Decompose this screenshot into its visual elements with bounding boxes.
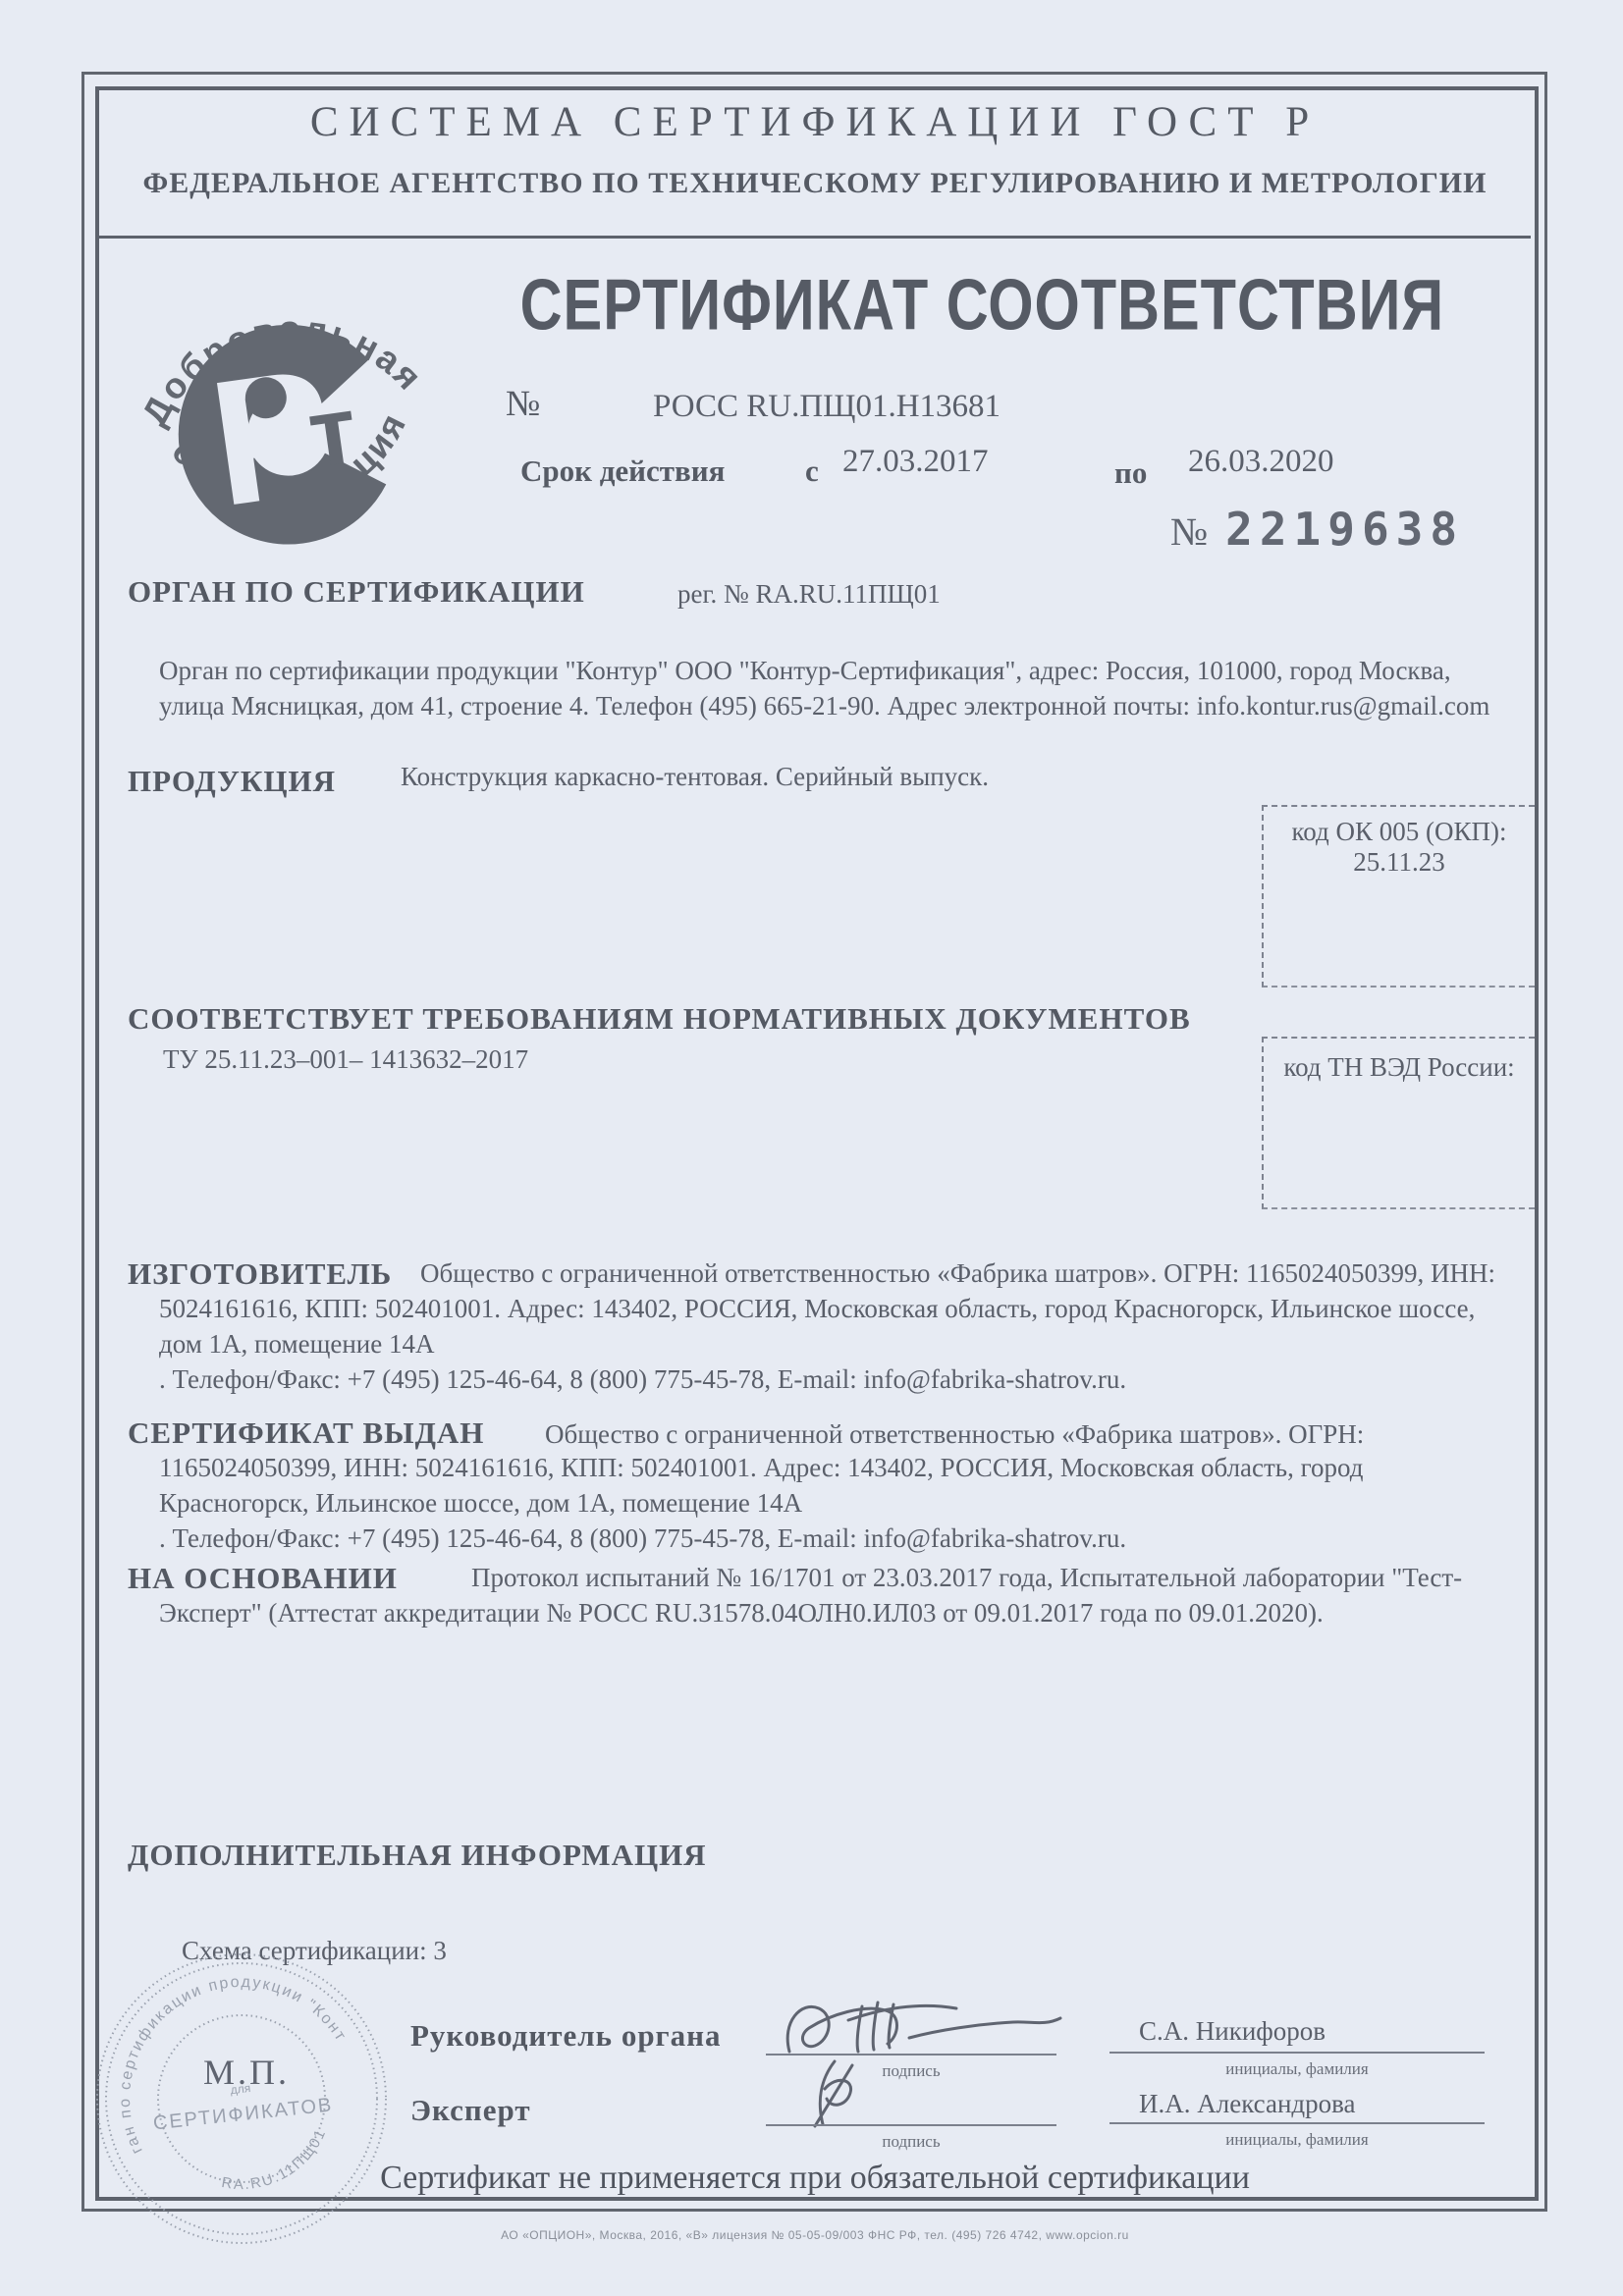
manufacturer-line4: . Телефон/Факс: +7 (495) 125-46-64, 8 (8… <box>159 1364 1126 1395</box>
manufacturer-line3: дом 1А, помещение 14А <box>159 1329 434 1360</box>
stamp-outer-circle <box>97 1954 386 2243</box>
certificate-page: СИСТЕМА СЕРТИФИКАЦИИ ГОСТ Р ФЕДЕРАЛЬНОЕ … <box>0 0 1623 2296</box>
compliance-document: ТУ 25.11.23–001– 1413632–2017 <box>163 1044 528 1075</box>
stamp-place-label: М.П. <box>203 2052 290 2093</box>
section-title-product: ПРОДУКЦИЯ <box>128 764 336 799</box>
validity-from-label: с <box>805 454 819 489</box>
validity-to-date: 26.03.2020 <box>1188 444 1334 480</box>
validity-to-label: по <box>1114 455 1147 491</box>
mandatory-certification-notice: Сертификат не применяется при обязательн… <box>118 2160 1512 2197</box>
header-divider-line <box>99 236 1531 239</box>
stamp-inner-text: СЕРТИФИКАТОВ <box>152 2094 334 2134</box>
section-title-compliance: СООТВЕТСТВУЕТ ТРЕБОВАНИЯМ НОРМАТИВНЫХ ДО… <box>128 1001 1191 1037</box>
expert-name-line <box>1109 2122 1485 2124</box>
head-role-label: Руководитель органа <box>410 2018 722 2054</box>
certification-body-line1: Орган по сертификации продукции "Контур"… <box>159 656 1451 686</box>
manufacturer-line2: 5024161616, КПП: 502401001. Адрес: 14340… <box>159 1294 1475 1324</box>
expert-role-label: Эксперт <box>410 2093 531 2128</box>
section-title-additional-info: ДОПОЛНИТЕЛЬНАЯ ИНФОРМАЦИЯ <box>128 1838 707 1873</box>
head-name-caption: инициалы, фамилия <box>1109 2059 1485 2079</box>
manufacturer-lead: Общество с ограниченной ответственностью… <box>420 1258 1495 1289</box>
validity-from-date: 27.03.2017 <box>842 444 989 480</box>
issued-to-line4: . Телефон/Факс: +7 (495) 125-46-64, 8 (8… <box>159 1523 1126 1554</box>
cert-number-value: РОСС RU.ПЩ01.Н13681 <box>653 389 1001 425</box>
okp-code-label: код ОК 005 (ОКП): <box>1264 817 1535 847</box>
serial-number-value: 2219638 <box>1225 503 1464 556</box>
certificate-title: СЕРТИФИКАТ СООТВЕТСТВИЯ <box>442 271 1522 341</box>
certification-body-stamp: Орган по сертификации продукции "Контур"… <box>88 1946 395 2252</box>
tnved-code-box: код ТН ВЭД России: <box>1262 1037 1535 1209</box>
expert-name: И.А. Александрова <box>1139 2089 1356 2119</box>
section-title-issued-to: СЕРТИФИКАТ ВЫДАН <box>128 1415 484 1451</box>
blank-serial-number: № 2219638 <box>1170 503 1464 556</box>
cert-number-label: № <box>506 383 540 425</box>
certification-body-line2: улица Мясницкая, дом 41, строение 4. Тел… <box>159 691 1489 721</box>
certification-body-reg-number: рег. № RA.RU.11ПЩ01 <box>677 579 941 610</box>
basis-line2: Эксперт" (Аттестат аккредитации № РОСС R… <box>159 1598 1324 1629</box>
tnved-code-label: код ТН ВЭД России: <box>1264 1052 1535 1083</box>
agency-title: ФЕДЕРАЛЬНОЕ АГЕНТСТВО ПО ТЕХНИЧЕСКОМУ РЕ… <box>98 167 1532 200</box>
rst-voluntary-certification-logo: Добровольная сертификация Р т <box>113 263 461 582</box>
product-description: Конструкция каркасно-тентовая. Серийный … <box>401 762 989 792</box>
system-title: СИСТЕМА СЕРТИФИКАЦИИ ГОСТ Р <box>98 98 1532 146</box>
validity-label: Срок действия <box>520 454 725 489</box>
head-name: С.А. Никифоров <box>1139 2016 1325 2047</box>
expert-signature-caption: подпись <box>766 2132 1056 2152</box>
expert-signature <box>776 2056 893 2130</box>
section-title-basis: НА ОСНОВАНИИ <box>128 1561 398 1596</box>
okp-code-box: код ОК 005 (ОКП): 25.11.23 <box>1262 805 1535 988</box>
issued-to-line3: Красногорск, Ильинское шоссе, дом 1А, по… <box>159 1488 802 1519</box>
issued-to-line2: 1165024050399, ИНН: 5024161616, КПП: 502… <box>159 1453 1363 1483</box>
expert-signature-line <box>766 2124 1056 2126</box>
serial-number-sign: № <box>1170 508 1208 555</box>
printer-imprint: АО «ОПЦИОН», Москва, 2016, «В» лицензия … <box>118 2228 1512 2242</box>
head-name-line <box>1109 2052 1485 2054</box>
section-title-certification-body: ОРГАН ПО СЕРТИФИКАЦИИ <box>128 574 585 610</box>
okp-code-value: 25.11.23 <box>1264 847 1535 878</box>
issued-to-lead: Общество с ограниченной ответственностью… <box>545 1419 1364 1450</box>
section-title-manufacturer: ИЗГОТОВИТЕЛЬ <box>128 1256 392 1292</box>
basis-lead: Протокол испытаний № 16/1701 от 23.03.20… <box>471 1563 1462 1593</box>
certificate-title-text: СЕРТИФИКАТ СООТВЕТСТВИЯ <box>519 265 1444 347</box>
expert-name-caption: инициалы, фамилия <box>1109 2130 1485 2150</box>
